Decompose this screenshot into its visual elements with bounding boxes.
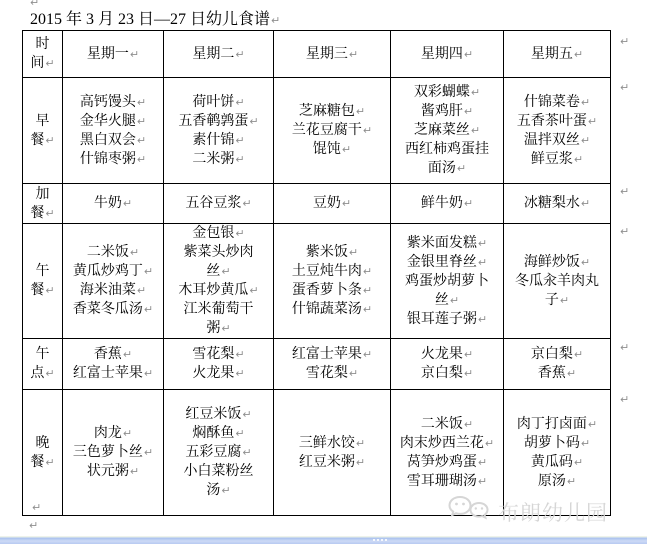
- paragraph-mark: ↵: [123, 348, 132, 361]
- paragraph-mark: ↵: [464, 418, 473, 431]
- dish-item: 火龙果↵: [393, 345, 501, 364]
- paragraph-mark: ↵: [478, 456, 487, 469]
- paragraph-mark: ↵: [45, 207, 54, 220]
- dish-item: 海米油菜↵: [65, 281, 161, 300]
- dish-item: 素什锦↵: [166, 131, 271, 150]
- menu-cell: 紫米饭↵土豆炖牛肉↵蛋香萝卜条↵什锦蔬菜汤↵: [274, 224, 391, 339]
- dish-item: 红豆米饭↵: [166, 405, 271, 424]
- menu-cell: 鲜牛奶↵: [391, 184, 504, 224]
- dish-item: 小白菜粉丝汤↵: [166, 462, 271, 500]
- dish-item: 原汤↵: [506, 472, 608, 491]
- dish-item: 双彩蝴蝶↵: [393, 83, 501, 102]
- paragraph-mark: ↵: [137, 153, 146, 166]
- row-label: 早餐↵: [23, 78, 63, 184]
- dish-item: 紫菜头炒肉丝↵: [166, 243, 271, 281]
- paragraph-mark: ↵: [478, 256, 487, 269]
- paragraph-mark: ↵: [137, 96, 146, 109]
- paragraph-mark: ↵: [588, 418, 597, 431]
- dish-item: 胡萝卜码↵: [506, 434, 608, 453]
- row-label: 加餐↵: [23, 184, 63, 224]
- dish-item: 银耳莲子粥↵: [393, 310, 501, 329]
- dish-item: 肉末炒西兰花↵: [393, 434, 501, 453]
- day-header-cell: 星期四↵: [391, 31, 504, 78]
- menu-cell: 二米饭↵黄瓜炒鸡丁↵海米油菜↵香菜冬瓜汤↵: [63, 224, 164, 339]
- dish-item: 冬瓜汆羊肉丸子↵: [506, 272, 608, 310]
- paragraph-mark: ↵: [581, 197, 590, 210]
- paragraph-mark: ↵: [478, 475, 487, 488]
- dish-item: 芝麻菜丝↵: [393, 121, 501, 140]
- paragraph-mark: ↵: [363, 265, 372, 278]
- paragraph-mark: ↵: [235, 227, 244, 240]
- paragraph-mark: ↵: [45, 367, 54, 380]
- paragraph-mark: ↵: [342, 143, 351, 156]
- paragraph-mark: ↵: [363, 124, 372, 137]
- paragraph-mark: ↵: [349, 48, 358, 61]
- paragraph-mark: ↵: [581, 96, 590, 109]
- paragraph-mark: ↵: [235, 48, 244, 61]
- menu-cell: 五谷豆浆↵: [164, 184, 274, 224]
- paragraph-mark: ↵: [478, 237, 487, 250]
- paragraph-mark: ↵: [464, 197, 473, 210]
- paragraph-mark: ↵: [464, 367, 473, 380]
- paragraph-mark: ↵: [242, 197, 251, 210]
- paragraph-mark: ↵: [130, 48, 139, 61]
- paragraph-mark: ↵: [235, 427, 244, 440]
- dish-item: 香蕉↵: [65, 345, 161, 364]
- dish-item: 豆奶↵: [276, 194, 388, 213]
- paragraph-mark: ↵: [363, 348, 372, 361]
- row-label: 午餐↵: [23, 224, 63, 339]
- paragraph-mark: ↵: [560, 294, 569, 307]
- dish-item: 肉龙↵: [65, 424, 161, 443]
- dish-item: 红富士苹果↵: [65, 364, 161, 383]
- paragraph-mark: ↵: [235, 367, 244, 380]
- dish-item: 香蕉↵: [506, 364, 608, 383]
- menu-cell: 高钙馒头↵金华火腿↵黑白双会↵什锦枣粥↵: [63, 78, 164, 184]
- dish-item: 香菜冬瓜汤↵: [65, 300, 161, 319]
- paragraph-mark: ↵: [574, 48, 583, 61]
- dish-item: 焖酥鱼↵: [166, 424, 271, 443]
- paragraph-mark: ↵: [620, 36, 629, 47]
- paragraph-mark: ↵: [45, 57, 54, 70]
- paragraph-mark: ↵: [45, 456, 54, 469]
- paragraph-mark: ↵: [249, 284, 258, 297]
- menu-cell: 红富士苹果↵雪花梨↵: [274, 339, 391, 390]
- paragraph-mark: ↵: [235, 134, 244, 147]
- dish-item: 蛋香萝卜条↵: [276, 281, 388, 300]
- paragraph-mark: ↵: [567, 475, 576, 488]
- menu-cell: 双彩蝴蝶↵酱鸡肝↵芝麻菜丝↵西红柿鸡蛋挂面汤↵: [391, 78, 504, 184]
- menu-cell: 金包银↵紫菜头炒肉丝↵木耳炒黄瓜↵江米葡萄干粥↵: [164, 224, 274, 339]
- paragraph-mark: ↵: [235, 153, 244, 166]
- dish-item: 馄饨↵: [276, 140, 388, 159]
- row-label: 晚餐↵: [23, 390, 63, 516]
- wechat-logo-icon: [448, 494, 492, 529]
- dish-item: 三鲜水饺↵: [276, 434, 388, 453]
- menu-cell: 雪花梨↵火龙果↵: [164, 339, 274, 390]
- dish-item: 金华火腿↵: [65, 112, 161, 131]
- dish-item: 黑白双会↵: [65, 131, 161, 150]
- paragraph-mark: ↵: [349, 367, 358, 380]
- dish-item: 雪花梨↵: [276, 364, 388, 383]
- dish-item: 什锦枣粥↵: [65, 150, 161, 169]
- paragraph-mark: ↵: [123, 427, 132, 440]
- paragraph-mark: ↵: [581, 437, 590, 450]
- paragraph-mark: ↵: [242, 408, 251, 421]
- menu-cell: 紫米面发糕↵金银里脊丝↵鸡蛋炒胡萝卜丝↵银耳莲子粥↵: [391, 224, 504, 339]
- paragraph-mark: ↵: [45, 284, 54, 297]
- dish-item: 肉丁打卤面↵: [506, 415, 608, 434]
- menu-cell: 牛奶↵: [63, 184, 164, 224]
- menu-cell: 香蕉↵红富士苹果↵: [63, 339, 164, 390]
- dish-item: 京白梨↵: [506, 345, 608, 364]
- paragraph-mark: ↵: [342, 197, 351, 210]
- dish-item: 高钙馒头↵: [65, 93, 161, 112]
- paragraph-mark: ↵: [144, 303, 153, 316]
- menu-cell: 肉龙↵三色萝卜丝↵状元粥↵: [63, 390, 164, 516]
- dish-item: 三色萝卜丝↵: [65, 443, 161, 462]
- paragraph-mark: ↵: [221, 322, 230, 335]
- paragraph-mark: ↵: [450, 294, 459, 307]
- menu-cell: 海鲜炒饭↵冬瓜汆羊肉丸子↵: [504, 224, 611, 339]
- horizontal-scrollbar[interactable]: [0, 536, 647, 544]
- paragraph-mark: ↵: [485, 437, 494, 450]
- paragraph-mark: ↵: [620, 186, 629, 197]
- dish-item: 荷叶饼↵: [166, 93, 271, 112]
- dish-item: 牛奶↵: [65, 194, 161, 213]
- paragraph-mark: ↵: [45, 134, 54, 147]
- paragraph-mark: ↵: [130, 246, 139, 259]
- dish-item: 雪花梨↵: [166, 345, 271, 364]
- dish-item: 温拌双丝↵: [506, 131, 608, 150]
- menu-cell: 什锦菜卷↵五香茶叶蛋↵温拌双丝↵鲜豆浆↵: [504, 78, 611, 184]
- paragraph-mark: ↵: [29, 520, 38, 531]
- paragraph-mark: ↵: [567, 367, 576, 380]
- dish-item: 二米饭↵: [393, 415, 501, 434]
- dish-item: 火龙果↵: [166, 364, 271, 383]
- dish-item: 莴笋炒鸡蛋↵: [393, 453, 501, 472]
- paragraph-mark: ↵: [464, 348, 473, 361]
- dish-item: 西红柿鸡蛋挂面汤↵: [393, 140, 501, 178]
- dish-item: 紫米饭↵: [276, 243, 388, 262]
- dish-item: 雪耳珊瑚汤↵: [393, 472, 501, 491]
- dish-item: 红富士苹果↵: [276, 345, 388, 364]
- dish-item: 鸡蛋炒胡萝卜丝↵: [393, 272, 501, 310]
- watermark: 布朗幼儿园: [448, 494, 608, 529]
- dish-item: 二米粥↵: [166, 150, 271, 169]
- paragraph-mark: ↵: [620, 342, 629, 353]
- dish-item: 五香鹌鹑蛋↵: [166, 112, 271, 131]
- paragraph-mark: ↵: [574, 456, 583, 469]
- paragraph-mark: ↵: [464, 105, 473, 118]
- paragraph-mark: ↵: [137, 284, 146, 297]
- menu-cell: 豆奶↵: [274, 184, 391, 224]
- watermark-text: 布朗幼儿园: [498, 497, 608, 527]
- paragraph-mark: ↵: [137, 134, 146, 147]
- paragraph-mark: ↵: [356, 437, 365, 450]
- dish-item: 红豆米粥↵: [276, 453, 388, 472]
- page-title-text: 2015 年 3 月 23 日—27 日幼儿食谱: [30, 11, 270, 28]
- day-header-cell: 星期三↵: [274, 31, 391, 78]
- paragraph-mark: ↵: [620, 82, 629, 93]
- paragraph-mark: ↵: [235, 348, 244, 361]
- scrollbar-thumb-grip[interactable]: [373, 539, 387, 541]
- dish-item: 兰花豆腐干↵: [276, 121, 388, 140]
- dish-item: 黄瓜炒鸡丁↵: [65, 262, 161, 281]
- paragraph-mark: ↵: [144, 446, 153, 459]
- day-header-cell: 星期二↵: [164, 31, 274, 78]
- menu-cell: 红豆米饭↵焖酥鱼↵五彩豆腐↵小白菜粉丝汤↵: [164, 390, 274, 516]
- dish-item: 什锦菜卷↵: [506, 93, 608, 112]
- paragraph-mark: ↵: [581, 256, 590, 269]
- dish-item: 五香茶叶蛋↵: [506, 112, 608, 131]
- menu-cell: 三鲜水饺↵红豆米粥↵: [274, 390, 391, 516]
- paragraph-mark: ↵: [242, 446, 251, 459]
- paragraph-mark: ↵: [249, 115, 258, 128]
- paragraph-mark: ↵: [130, 465, 139, 478]
- dish-item: 金包银↵: [166, 224, 271, 243]
- paragraph-mark: ↵: [620, 226, 629, 237]
- paragraph-mark: ↵: [620, 394, 629, 405]
- paragraph-mark: ↵: [574, 153, 583, 166]
- paragraph-mark: ↵: [356, 456, 365, 469]
- dish-item: 状元粥↵: [65, 462, 161, 481]
- dish-item: 五谷豆浆↵: [166, 194, 271, 213]
- dish-item: 紫米面发糕↵: [393, 234, 501, 253]
- menu-cell: 火龙果↵京白梨↵: [391, 339, 504, 390]
- paragraph-mark: ↵: [123, 197, 132, 210]
- paragraph-mark: ↵: [581, 134, 590, 147]
- day-header-cell: 星期五↵: [504, 31, 611, 78]
- dish-item: 土豆炖牛肉↵: [276, 262, 388, 281]
- paragraph-mark: ↵: [235, 96, 244, 109]
- dish-item: 五彩豆腐↵: [166, 443, 271, 462]
- paragraph-mark: ↵: [271, 14, 280, 27]
- page-title: 2015 年 3 月 23 日—27 日幼儿食谱↵: [30, 6, 280, 29]
- paragraph-mark: ↵: [588, 115, 597, 128]
- paragraph-mark: ↵: [478, 313, 487, 326]
- dish-item: 二米饭↵: [65, 243, 161, 262]
- paragraph-mark: ↵: [471, 86, 480, 99]
- paragraph-mark: ↵: [363, 303, 372, 316]
- paragraph-mark: ↵: [221, 484, 230, 497]
- dish-item: 海鲜炒饭↵: [506, 253, 608, 272]
- dish-item: 京白梨↵: [393, 364, 501, 383]
- dish-item: 什锦蔬菜汤↵: [276, 300, 388, 319]
- paragraph-mark: ↵: [363, 284, 372, 297]
- dish-item: 酱鸡肝↵: [393, 102, 501, 121]
- dish-item: 江米葡萄干粥↵: [166, 300, 271, 338]
- dish-item: 鲜牛奶↵: [393, 194, 501, 213]
- paragraph-mark: ↵: [144, 265, 153, 278]
- paragraph-mark: ↵: [144, 367, 153, 380]
- paragraph-mark: ↵: [464, 48, 473, 61]
- dish-item: 木耳炒黄瓜↵: [166, 281, 271, 300]
- menu-cell: 京白梨↵香蕉↵: [504, 339, 611, 390]
- paragraph-mark: ↵: [221, 265, 230, 278]
- paragraph-mark: ↵: [471, 124, 480, 137]
- menu-cell: 荷叶饼↵五香鹌鹑蛋↵素什锦↵二米粥↵: [164, 78, 274, 184]
- row-label: 午点↵: [23, 339, 63, 390]
- dish-item: 金银里脊丝↵: [393, 253, 501, 272]
- paragraph-mark: ↵: [356, 105, 365, 118]
- time-corner-header: 时间↵: [23, 31, 63, 78]
- dish-item: 鲜豆浆↵: [506, 150, 608, 169]
- menu-cell: 冰糖梨水↵: [504, 184, 611, 224]
- paragraph-mark: ↵: [457, 162, 466, 175]
- dish-item: 芝麻糖包↵: [276, 102, 388, 121]
- menu-table: 时间↵星期一↵星期二↵星期三↵星期四↵星期五↵早餐↵高钙馒头↵金华火腿↵黑白双会…: [22, 30, 611, 516]
- day-header-cell: 星期一↵: [63, 31, 164, 78]
- paragraph-mark: ↵: [137, 115, 146, 128]
- dish-item: 冰糖梨水↵: [506, 194, 608, 213]
- paragraph-mark: ↵: [574, 348, 583, 361]
- menu-cell: 芝麻糖包↵兰花豆腐干↵馄饨↵: [274, 78, 391, 184]
- paragraph-mark: ↵: [349, 246, 358, 259]
- dish-item: 黄瓜码↵: [506, 453, 608, 472]
